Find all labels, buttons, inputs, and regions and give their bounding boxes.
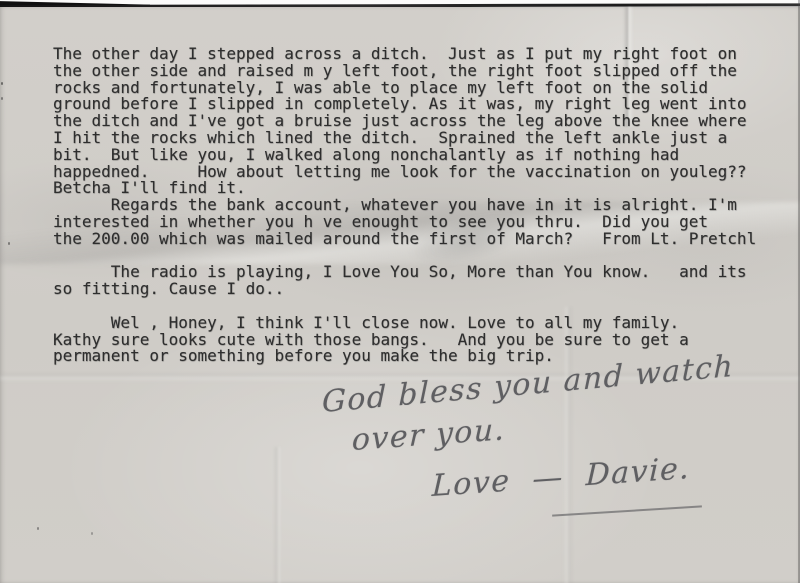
letter-paper: The other day I stepped across a ditch. … [0,7,800,583]
typed-line: the 200.00 which was mailed around the f… [53,231,756,248]
signature-underline [552,505,702,516]
handwritten-closing: Love—Davie. [431,451,691,504]
scan-specks [1,82,3,85]
closing-dash: — [532,460,565,497]
typed-line: so fitting. Cause I do.. [53,281,756,298]
typed-text-block: The other day I stepped across a ditch. … [53,46,756,365]
closing-word: Love [431,463,511,504]
signature-name: Davie. [585,451,691,493]
handwritten-blessing-line-2: over you. [351,412,506,458]
scanned-letter-page: The other day I stepped across a ditch. … [0,0,800,583]
paper-crease [270,447,284,583]
